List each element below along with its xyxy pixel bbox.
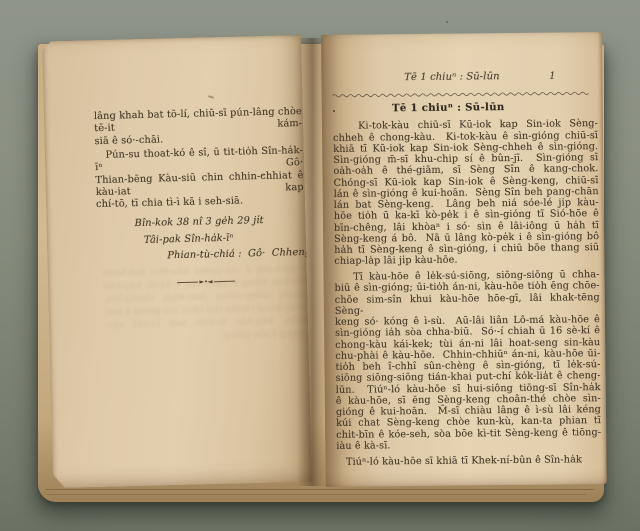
right-page-text-block: Tē 1 chiuⁿ : Sū-lūn 1 Tē 1 chiuⁿ : Sū-lū… xyxy=(332,70,601,468)
divider-rule-left xyxy=(177,282,198,284)
right-page: Tē 1 chiuⁿ : Sū-lūn 1 Tē 1 chiuⁿ : Sū-lū… xyxy=(321,32,607,487)
dust-speck xyxy=(446,21,448,23)
page-number: 1 xyxy=(549,71,555,82)
scanned-book-photo: Sèng-keng ê sìn-gióng kàu-hōe kui-hoān S… xyxy=(0,0,640,531)
divider-rule-right xyxy=(214,281,235,283)
ink-speck xyxy=(262,174,264,176)
colophon-block: Bîn-kok 38 nî 3 ge̍h 29 ji̍t Tâi-pak Sîn… xyxy=(96,214,305,264)
chapter-body: Ki-tok-kàu chiū-sī Kū-iok kap Sin-iok Sè… xyxy=(333,118,602,467)
left-page-text-block: lâng khah bat tō-lí, chiū-sī pún-lâng ch… xyxy=(94,106,306,288)
chapter-heading: Tē 1 chiuⁿ : Sū-lūn xyxy=(333,101,598,115)
page-stack-edge-line xyxy=(46,494,586,495)
running-header-row: Tē 1 chiuⁿ : Sū-lūn 1 xyxy=(332,70,597,88)
colophon-date: Bîn-kok 38 nî 3 ge̍h 29 ji̍t xyxy=(134,214,304,231)
colophon-editor: Phian-tù-chiá : Gô· Chheng-ek. xyxy=(167,247,305,263)
wavy-rule xyxy=(333,88,598,97)
wavy-rule-path xyxy=(333,92,589,97)
body-paragraph-2: Tī kàu-hōe ê le̍k-sú-siōng, siōng-siōng … xyxy=(334,269,601,452)
left-page-paragraph-2: Pún-su thoat-kó ê sî, ū tit-tio̍h Sîn-ha… xyxy=(95,145,304,212)
running-header: Tē 1 chiuⁿ : Sū-lūn xyxy=(404,71,500,83)
colophon-place: Tâi-pak Sîn-ha̍k-īⁿ xyxy=(144,231,305,247)
left-page-paragraph-1: lâng khah bat tō-lí, chiū-sī pún-lâng ch… xyxy=(94,106,303,148)
body-paragraph-1: Ki-tok-kàu chiū-sī Kū-iok kap Sin-iok Sè… xyxy=(333,118,600,267)
ink-speck xyxy=(333,110,335,112)
page-stack-edge-line xyxy=(46,489,594,490)
divider-arrow-dot-icon: ►•◄ xyxy=(198,279,213,285)
left-page: Sèng-keng ê sìn-gióng kàu-hōe kui-hoān S… xyxy=(42,35,312,488)
body-paragraph-3: Tiúⁿ-ló kàu-hōe sī khiā tī Khek-ní-bûn ê… xyxy=(336,454,601,468)
